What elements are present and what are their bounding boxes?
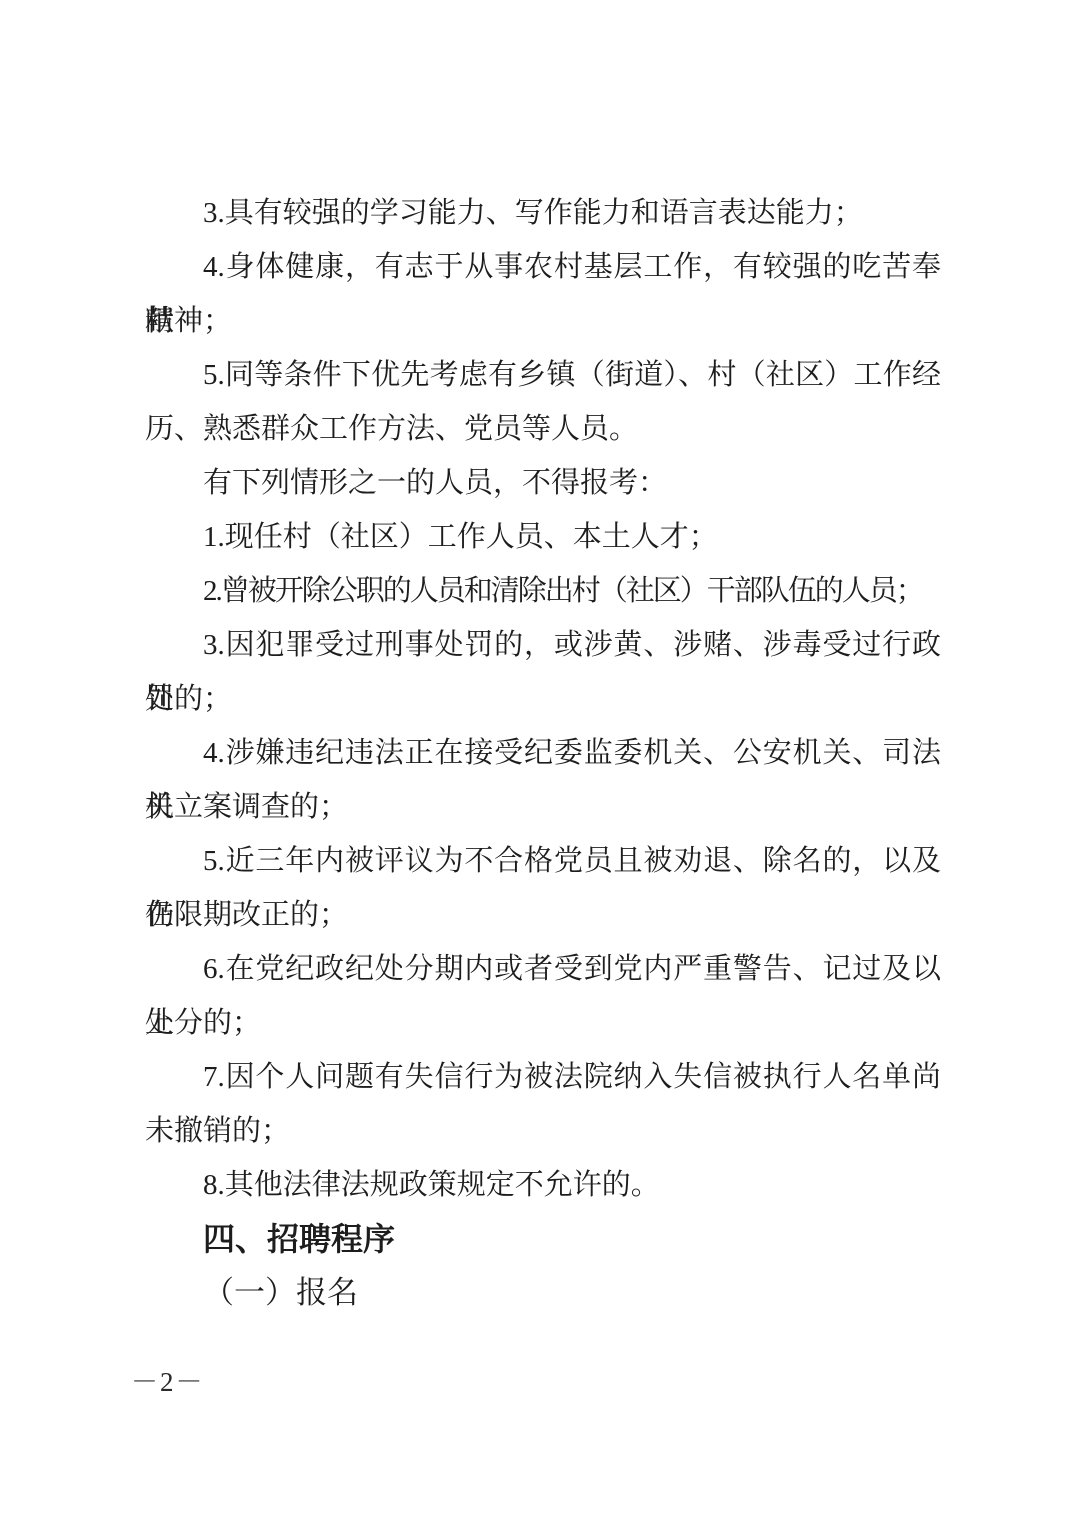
document-line: 处分的； <box>145 996 941 1050</box>
document-page: 3.具有较强的学习能力、写作能力和语言表达能力；4.身体健康，有志于从事农村基层… <box>0 0 1074 1520</box>
document-text-block: 3.具有较强的学习能力、写作能力和语言表达能力；4.身体健康，有志于从事农村基层… <box>145 186 941 1320</box>
document-line: 未撤销的； <box>145 1104 941 1158</box>
document-line: 罚的； <box>145 672 941 726</box>
document-line: 历、熟悉群众工作方法、党员等人员。 <box>145 402 941 456</box>
document-line: 2.曾被开除公职的人员和清除出村（社区）干部队伍的人员； <box>145 564 941 618</box>
document-line: 3.具有较强的学习能力、写作能力和语言表达能力； <box>145 186 941 240</box>
document-line: 精神； <box>145 294 941 348</box>
document-line: 3.因犯罪受过刑事处罚的，或涉黄、涉赌、涉毒受过行政处 <box>145 618 941 672</box>
document-line: 有下列情形之一的人员，不得报考： <box>145 456 941 510</box>
document-line: 4.涉嫌违纪违法正在接受纪委监委机关、公安机关、司法机 <box>145 726 941 780</box>
document-line: 7.因个人问题有失信行为被法院纳入失信被执行人名单尚 <box>145 1050 941 1104</box>
document-line: 4.身体健康，有志于从事农村基层工作，有较强的吃苦奉献 <box>145 240 941 294</box>
document-line: 关立案调查的； <box>145 780 941 834</box>
document-line: 1.现任村（社区）工作人员、本土人才； <box>145 510 941 564</box>
document-line: 6.在党纪政纪处分期内或者受到党内严重警告、记过及以上 <box>145 942 941 996</box>
page-number: －2－ <box>131 1357 205 1407</box>
document-line: 在限期改正的； <box>145 888 941 942</box>
document-line: 四、招聘程序 <box>145 1212 941 1266</box>
document-line: 8.其他法律法规政策规定不允许的。 <box>145 1158 941 1212</box>
document-line: 5.近三年内被评议为不合格党员且被劝退、除名的，以及仍 <box>145 834 941 888</box>
document-line: （一）报名 <box>145 1266 941 1320</box>
document-line: 5.同等条件下优先考虑有乡镇（街道）、村（社区）工作经 <box>145 348 941 402</box>
